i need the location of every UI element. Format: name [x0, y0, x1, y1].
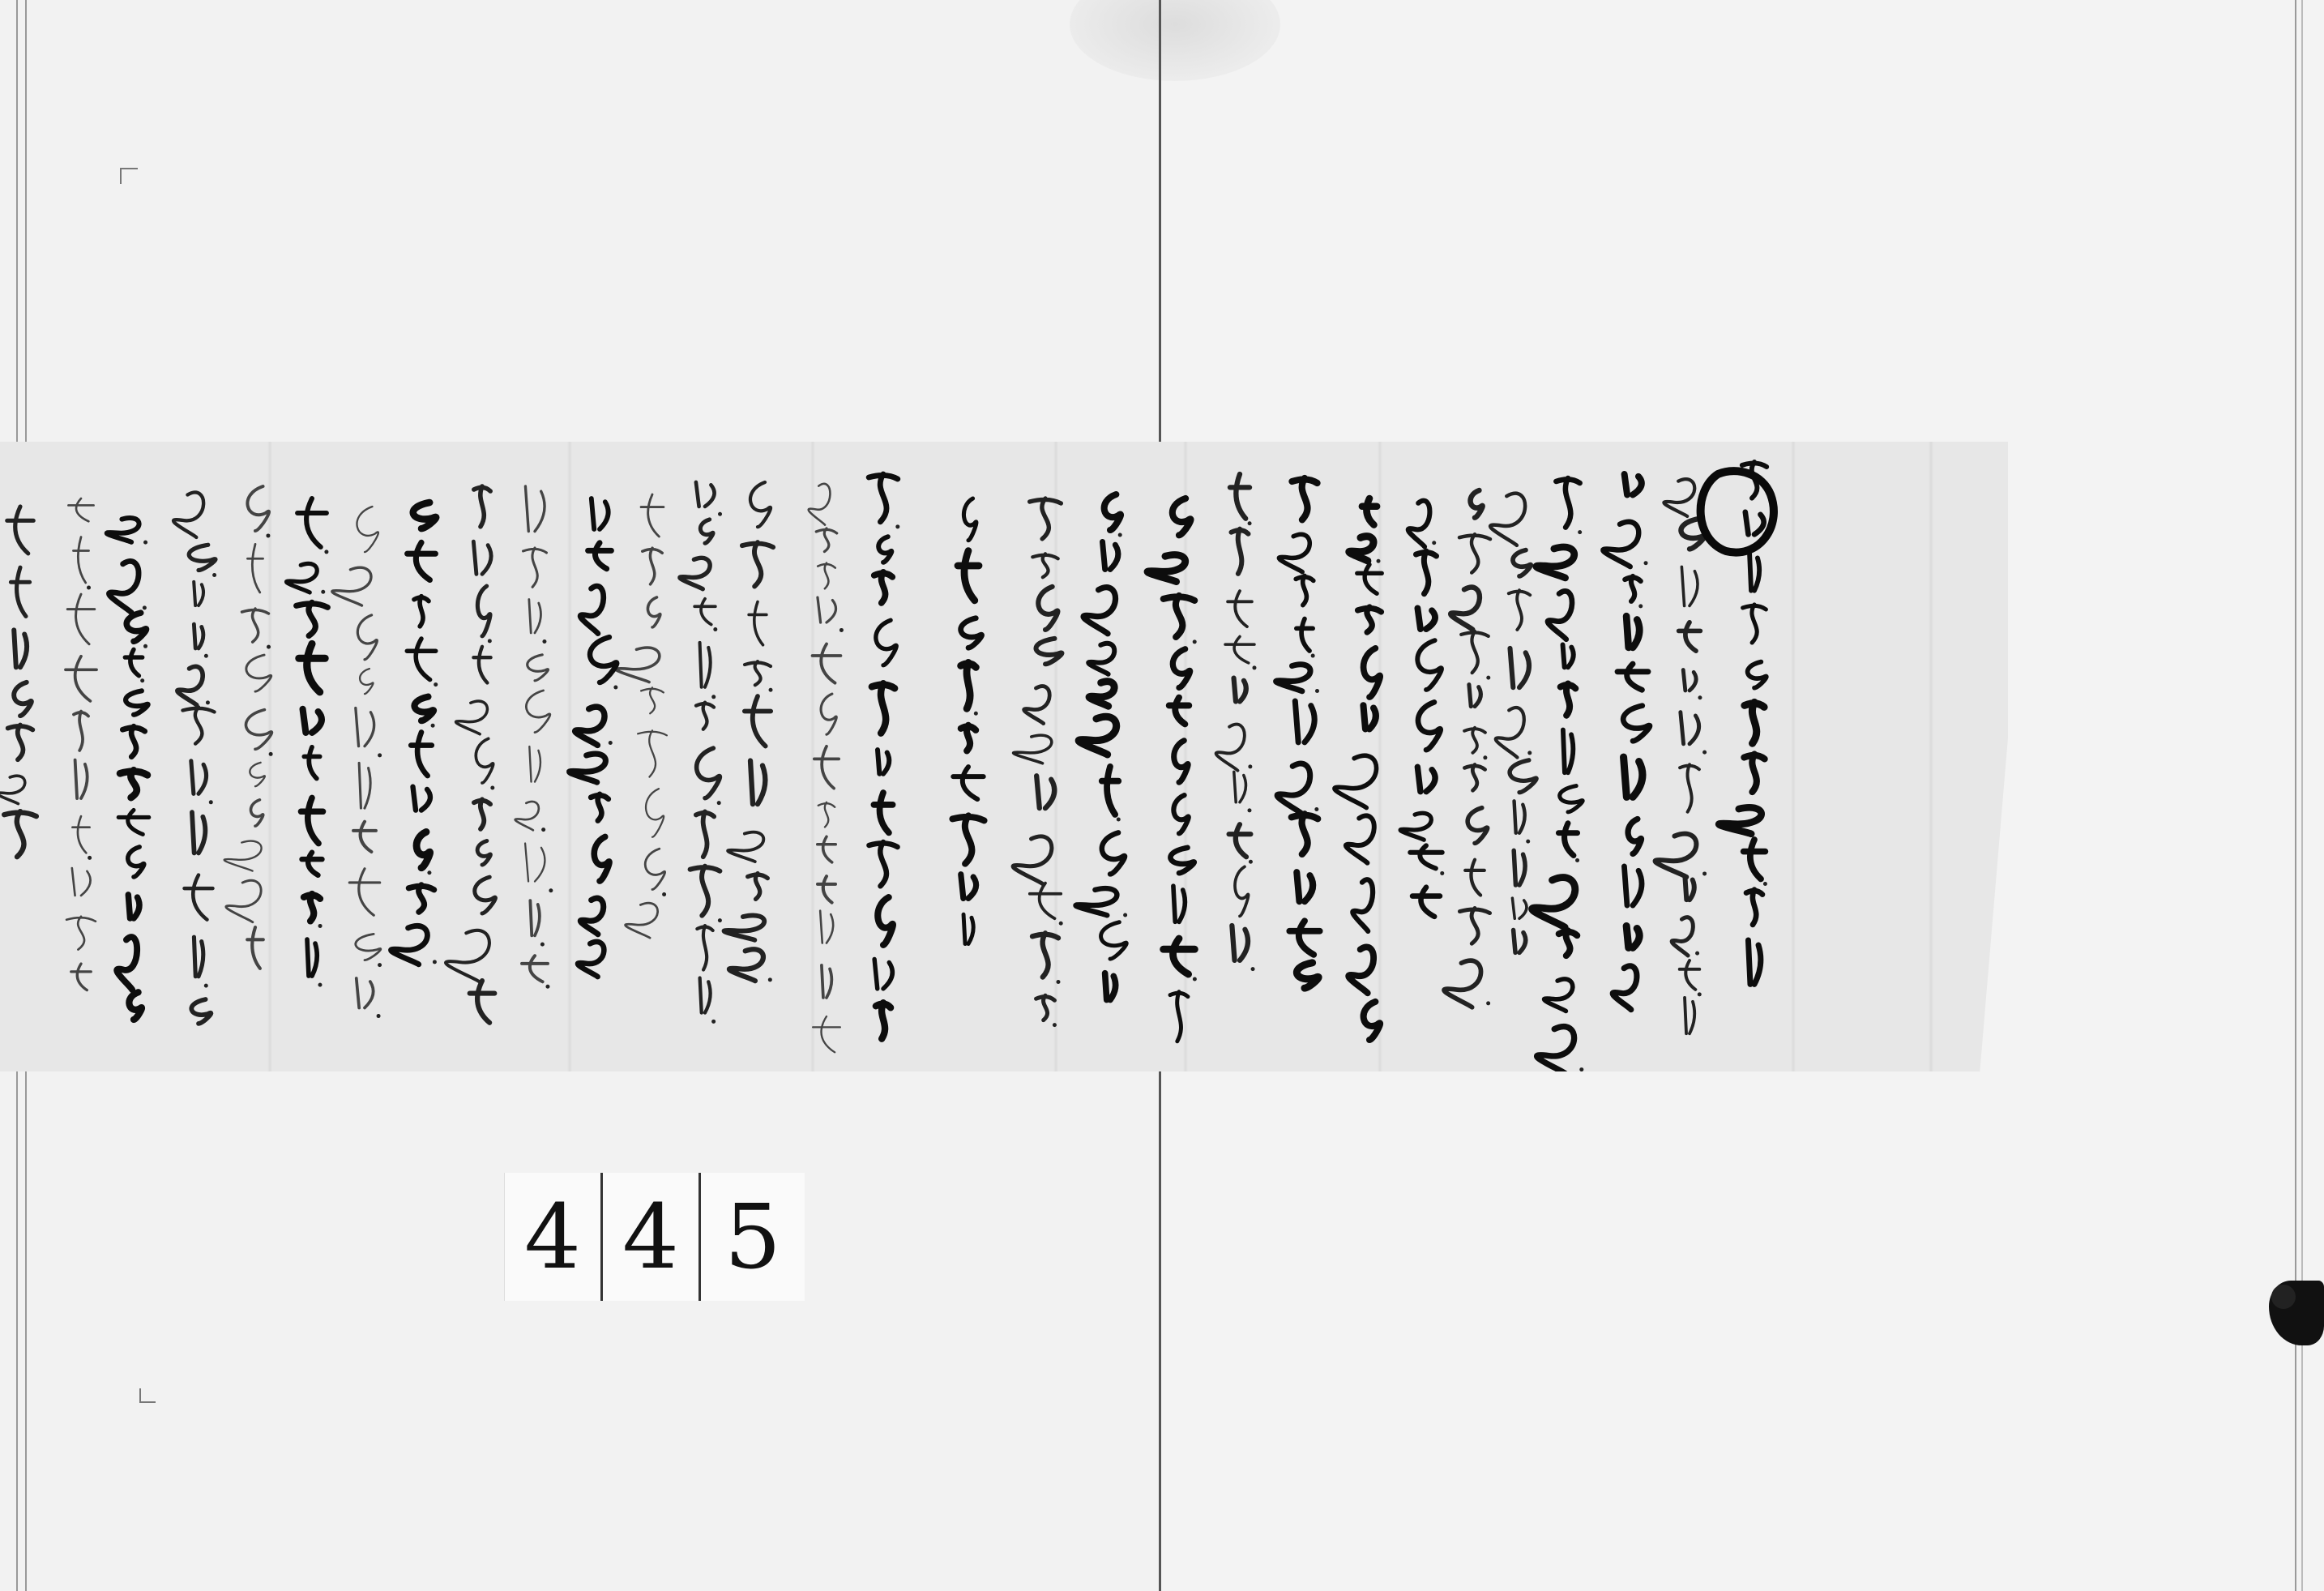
- script-column: [332, 507, 382, 1018]
- script-column: [570, 498, 618, 977]
- script-column: [1075, 494, 1127, 1000]
- catalog-digit: 5: [701, 1173, 805, 1301]
- handwritten-script: [0, 442, 2008, 1071]
- script-column: [391, 503, 438, 964]
- script-column: [680, 482, 722, 1024]
- script-column: [1655, 479, 1707, 1033]
- catalog-digit: 4: [603, 1173, 701, 1301]
- right-edge-line-2: [2301, 0, 2303, 1591]
- corner-mark: [120, 168, 138, 184]
- script-column: [809, 484, 844, 1052]
- script-column: [724, 482, 774, 982]
- script-column: [0, 507, 36, 857]
- ink-blot: [2271, 1285, 2296, 1309]
- script-column: [1532, 478, 1584, 1071]
- script-column: [66, 498, 96, 990]
- script-column: [107, 518, 149, 1020]
- script-column: [515, 486, 553, 989]
- script-column: [1490, 494, 1536, 953]
- corner-mark: [139, 1388, 156, 1403]
- loop-stroke: [1701, 471, 1774, 552]
- script-column: [1276, 478, 1320, 988]
- script-column: [1013, 498, 1063, 1027]
- catalog-digit: 4: [504, 1173, 603, 1301]
- script-column: [1335, 498, 1382, 1040]
- script-column: [287, 498, 329, 987]
- script-column: [224, 486, 273, 969]
- script-column: [952, 498, 984, 944]
- script-column: [869, 474, 899, 1039]
- script-column: [616, 494, 666, 938]
- script-column: [1603, 474, 1650, 1010]
- script-column: [173, 493, 216, 1024]
- script-column: [1216, 474, 1257, 971]
- catalog-number-label: 4 4 5: [504, 1173, 805, 1301]
- script-column: [1147, 498, 1197, 1041]
- script-column: [1400, 501, 1444, 917]
- script-column: [446, 486, 495, 1023]
- script-column: [1444, 490, 1490, 1007]
- right-edge-line: [2295, 0, 2296, 1591]
